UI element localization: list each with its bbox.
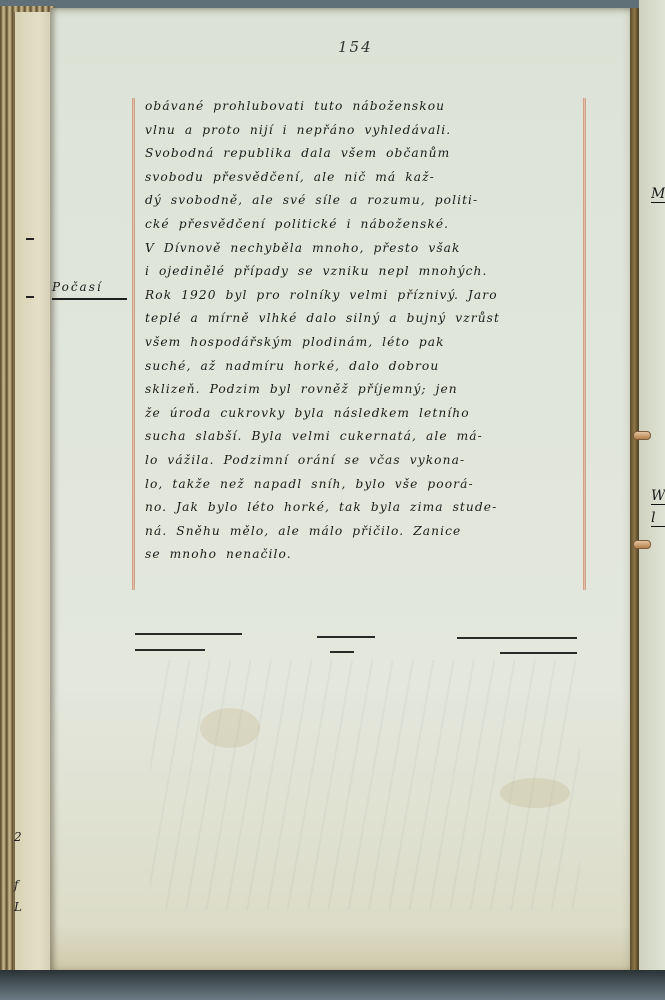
text-line: svobodu přesvědčení, ale nič má kaž- — [145, 166, 585, 190]
next-page-fragment: l — [651, 510, 665, 527]
divider-rule-right-top — [457, 637, 577, 639]
text-line: obávané prohlubovati tuto náboženskou — [145, 95, 585, 119]
backdrop-bottom — [0, 970, 665, 1000]
text-line: dý svobodně, ale své síle a rozumu, poli… — [145, 189, 585, 213]
text-line: cké přesvědčení politické i náboženské. — [145, 213, 585, 237]
text-line: lo, takže než napadl sníh, bylo vše poor… — [145, 473, 585, 497]
margin-rule-left — [132, 98, 135, 590]
stack-tick — [26, 238, 34, 240]
stack-glyph: f — [14, 878, 18, 892]
page-stack-edge — [0, 6, 55, 971]
text-line: suché, až nadmíru horké, dalo dobrou — [145, 355, 585, 379]
stack-tick — [26, 296, 34, 298]
divider-rule-left-top — [135, 633, 242, 635]
text-line: lo vážila. Podzimní orání se včas vykona… — [145, 449, 585, 473]
book-gutter — [630, 8, 639, 983]
divider-rule-left-bottom — [135, 649, 205, 651]
backdrop — [0, 0, 665, 8]
margin-heading: Počasí — [52, 280, 127, 300]
text-line: vlnu a proto nijí i nepřáno vyhledávali. — [145, 119, 585, 143]
stack-glyph: 2 — [14, 830, 22, 844]
binding-stitch — [633, 431, 651, 440]
text-line: no. Jak bylo léto horké, tak byla zima s… — [145, 496, 585, 520]
next-page-fragment: W — [651, 488, 665, 505]
text-line: sklizeň. Podzim byl rovněž příjemný; jen — [145, 378, 585, 402]
stack-glyph: L — [14, 900, 22, 914]
binding-stitch — [633, 540, 651, 549]
text-line: i ojedinělé případy se vzniku nepl mnohý… — [145, 260, 585, 284]
text-line: všem hospodářským plodinám, léto pak — [145, 331, 585, 355]
show-through-text — [150, 660, 580, 910]
text-line: V Dívnově nechyběla mnoho, přesto však — [145, 237, 585, 261]
next-page-fragment: M — [651, 186, 665, 203]
text-line: že úroda cukrovky byla následkem letního — [145, 402, 585, 426]
text-line: sucha slabší. Byla velmi cukernatá, ale … — [145, 425, 585, 449]
text-line: Rok 1920 byl pro rolníky velmi příznivý.… — [145, 284, 585, 308]
text-line: ná. Sněhu mělo, ale málo přičilo. Zanice — [145, 520, 585, 544]
page-number: 154 — [338, 38, 373, 56]
divider-rule-right-bottom — [500, 652, 577, 654]
text-line: Svobodná republika dala všem občanům — [145, 142, 585, 166]
text-line: se mnoho nenačilo. — [145, 543, 585, 567]
next-page-edge: M W l — [639, 0, 665, 975]
handwritten-body: obávané prohlubovati tuto náboženskou vl… — [145, 95, 585, 567]
divider-rule-center-top — [317, 636, 375, 638]
divider-rule-center-bottom — [330, 651, 354, 653]
text-line: teplé a mírně vlhké dalo silný a bujný v… — [145, 307, 585, 331]
